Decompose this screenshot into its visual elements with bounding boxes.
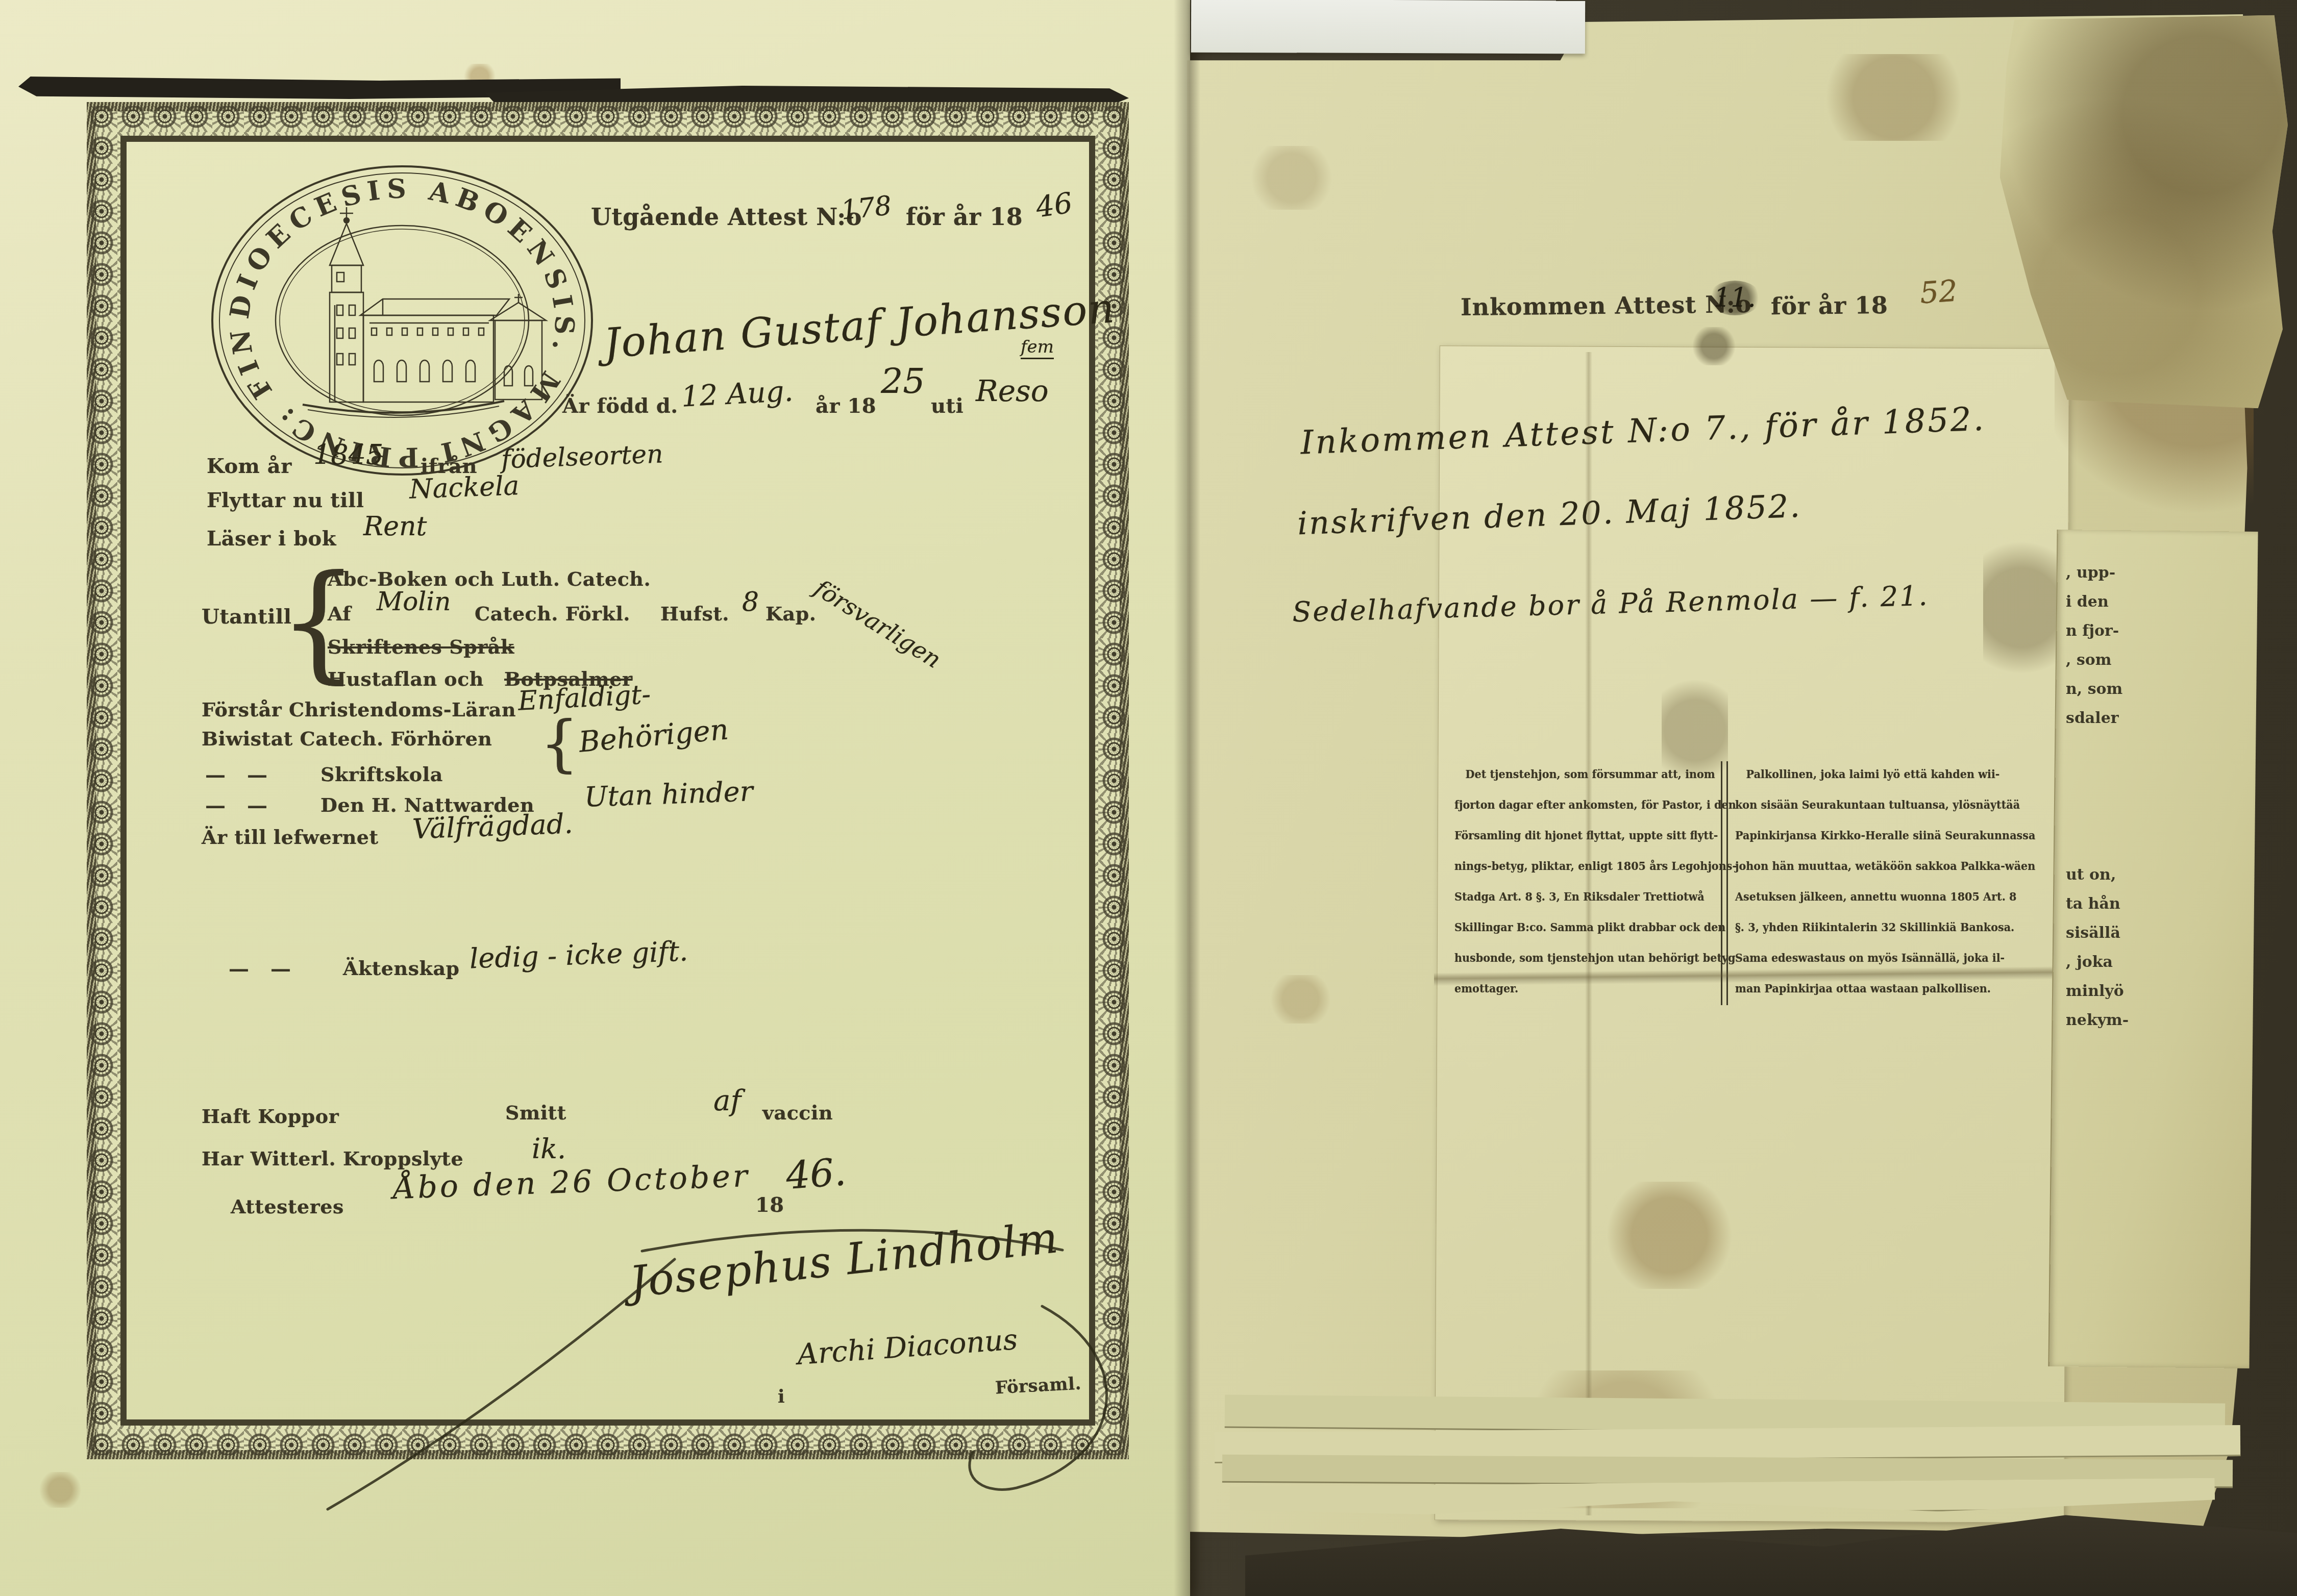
vertical-crease (1585, 352, 1592, 1515)
right-header-prefix: Inkommen Attest N:o (1461, 290, 1752, 321)
text-line: ut on, (2066, 860, 2129, 889)
left-page-utgaende-attest: DIOECESIS ABOENSIS. MAGNI PRINC: FINL. (0, 0, 1190, 1596)
underlying-fragments-top: , upp-i denn fjor-, somn, somsdaler (2066, 558, 2122, 733)
underlying-fragments-bottom: ut on,ta hånsisällä, jokaminlyönekym- (2066, 860, 2129, 1035)
text-line: ta hån (2066, 889, 2129, 918)
right-header-number-blot: 11. (1709, 281, 1761, 315)
text-line: sisällä (2066, 918, 2129, 947)
text-line: n fjor- (2066, 616, 2122, 645)
text-line: n, som (2066, 675, 2122, 704)
text-line: nings-betyg, pliktar, enligt 1805 års Le… (1454, 851, 1712, 882)
text-line: Det tjenstehjon, som försummar att, inom (1454, 759, 1712, 790)
text-line: minlyö (2066, 977, 2129, 1006)
text-line: Papinkirjansa Kirkko-Heralle siinä Seura… (1735, 820, 2029, 851)
text-line: fjorton dagar efter ankomsten, för Pasto… (1454, 790, 1712, 820)
text-line: Stadga Art. 8 §. 3, En Riksdaler Trettio… (1454, 882, 1712, 912)
text-line: husbonde, som tjenstehjon utan behörigt … (1454, 943, 1712, 974)
text-line: §. 3, yhden Riikintalerin 32 Skillinkiä … (1735, 912, 2029, 943)
text-line: i den (2066, 587, 2122, 616)
text-line: Palkollinen, joka laimi lyö että kahden … (1735, 759, 2029, 790)
text-line: Skillingar B:co. Samma plikt drabbar ock… (1454, 912, 1712, 943)
right-header-mid: för år 18 (1771, 291, 1888, 320)
legal-text-swedish: Det tjenstehjon, som försummar att, inom… (1454, 759, 1712, 1004)
text-line: , joka (2066, 947, 2129, 977)
text-line: , som (2066, 645, 2122, 675)
page-gutter-shadow (1174, 0, 1200, 1596)
text-line: nekym- (2066, 1006, 2129, 1035)
text-line: Asetuksen jälkeen, annettu wuonna 1805 A… (1735, 882, 2029, 912)
text-line: johon hän muuttaa, wetäköön sakkoa Palkk… (1735, 851, 2029, 882)
white-sheet-edge (1191, 0, 1585, 54)
text-line: kon sisään Seurakuntaan tultuansa, ylösn… (1735, 790, 2029, 820)
text-line: Församling dit hjonet flyttat, uppte sit… (1454, 820, 1712, 851)
text-line: , upp- (2066, 558, 2122, 587)
text-line: sdaler (2066, 704, 2122, 733)
column-divider-rule (1721, 761, 1728, 1005)
signature-flourish (0, 0, 1190, 1596)
right-header-year: 52 (1919, 273, 1959, 311)
archival-photo: DIOECESIS ABOENSIS. MAGNI PRINC: FINL. (0, 0, 2297, 1596)
